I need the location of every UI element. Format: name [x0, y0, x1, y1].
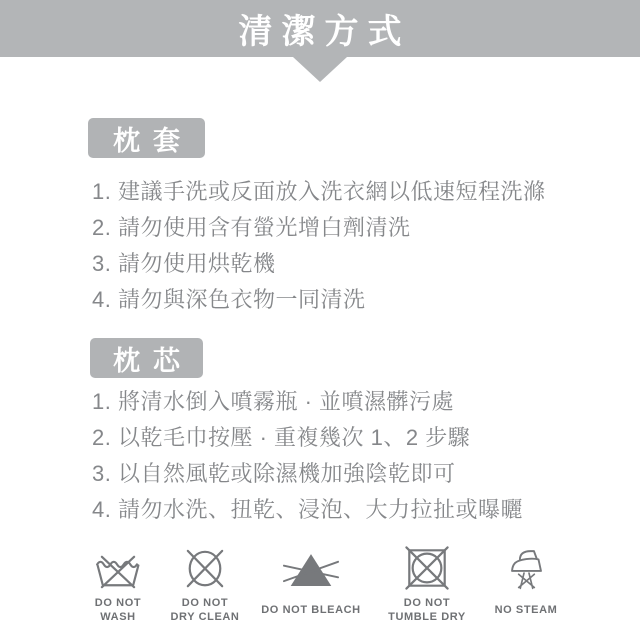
page-title: 清潔方式 [230, 4, 411, 53]
instruction-item: 1. 建議手洗或反面放入洗衣網以低速短程洗滌 [92, 174, 545, 210]
instruction-item: 4. 請勿與深色衣物一同清洗 [92, 282, 545, 318]
section-label-text: 枕芯 [100, 339, 193, 378]
do-not-dry-clean-icon [184, 548, 226, 590]
header-banner: 清潔方式 [0, 0, 640, 57]
care-icon-label: DO NOT TUMBLE DRY [388, 595, 466, 625]
section-label-pillow-core: 枕芯 [90, 338, 203, 378]
care-icon-do-not-bleach: DO NOT BLEACH [251, 548, 371, 625]
care-icon-label: DO NOT WASH [95, 595, 141, 625]
do-not-tumble-dry-icon [405, 548, 449, 590]
care-icon-no-steam: NO STEAM [466, 548, 586, 625]
instruction-item: 3. 以自然風乾或除濕機加強陰乾即可 [92, 456, 523, 492]
instruction-item: 3. 請勿使用烘乾機 [92, 246, 545, 282]
pillowcase-instruction-list: 1. 建議手洗或反面放入洗衣網以低速短程洗滌 2. 請勿使用含有螢光增白劑清洗 … [92, 174, 545, 318]
care-instructions-page: 清潔方式 枕套 1. 建議手洗或反面放入洗衣網以低速短程洗滌 2. 請勿使用含有… [0, 0, 640, 640]
section-label-text: 枕套 [100, 119, 193, 158]
no-steam-icon [508, 548, 545, 590]
instruction-item: 4. 請勿水洗、扭乾、浸泡、大力拉扯或曝曬 [92, 492, 523, 528]
do-not-wash-icon [94, 548, 142, 590]
section-label-pillowcase: 枕套 [88, 118, 205, 158]
do-not-bleach-icon [282, 548, 340, 590]
instruction-item: 2. 請勿使用含有螢光增白劑清洗 [92, 210, 545, 246]
banner-arrow-icon [293, 57, 347, 82]
pillow-core-instruction-list: 1. 將清水倒入噴霧瓶 · 並噴濕髒污處 2. 以乾毛巾按壓 · 重複幾次 1、… [92, 384, 523, 528]
care-icon-label: NO STEAM [495, 595, 558, 625]
care-icon-label: DO NOT BLEACH [261, 595, 360, 625]
care-icon-label: DO NOT DRY CLEAN [171, 595, 240, 625]
care-icon-do-not-dry-clean: DO NOT DRY CLEAN [145, 548, 265, 625]
instruction-item: 1. 將清水倒入噴霧瓶 · 並噴濕髒污處 [92, 384, 523, 420]
instruction-item: 2. 以乾毛巾按壓 · 重複幾次 1、2 步驟 [92, 420, 523, 456]
